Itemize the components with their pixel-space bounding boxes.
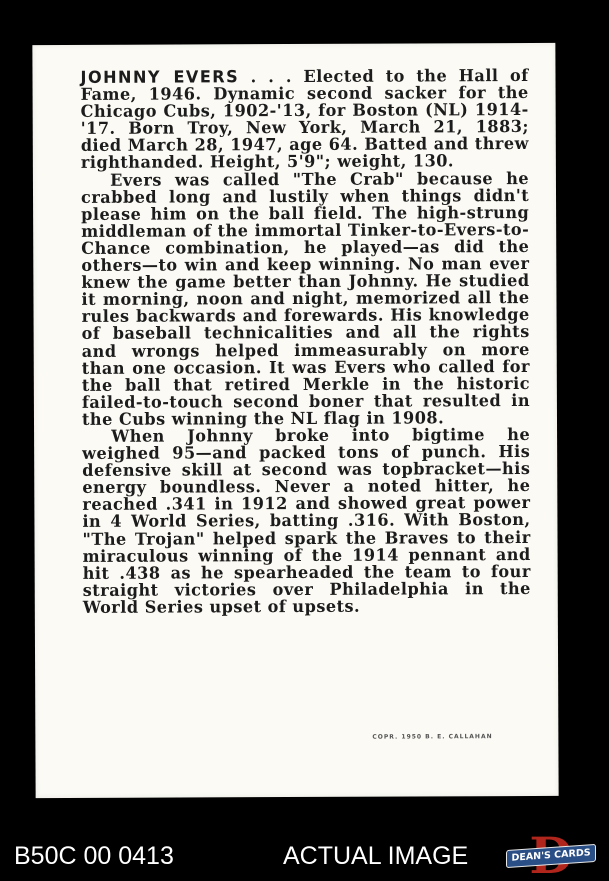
serial-number: B50C 00 0413 bbox=[14, 842, 174, 871]
deans-cards-logo: D DEAN'S CARDS bbox=[500, 833, 600, 879]
card-back: JOHNNY EVERS . . . Elected to the Hall o… bbox=[32, 43, 558, 798]
copyright-line: COPR. 1950 B. E. CALLAHAN bbox=[372, 733, 492, 741]
actual-image-label: ACTUAL IMAGE bbox=[283, 842, 468, 871]
bio-paragraph-3: When Johnny broke into bigtime he weighe… bbox=[82, 426, 531, 616]
bio-paragraph-2: Evers was called "The Crab" because he c… bbox=[81, 170, 530, 428]
logo-banner: DEAN'S CARDS bbox=[506, 844, 596, 868]
card-bio: JOHNNY EVERS . . . Elected to the Hall o… bbox=[80, 67, 531, 616]
bio-intro: JOHNNY EVERS . . . Elected to the Hall o… bbox=[80, 67, 529, 172]
